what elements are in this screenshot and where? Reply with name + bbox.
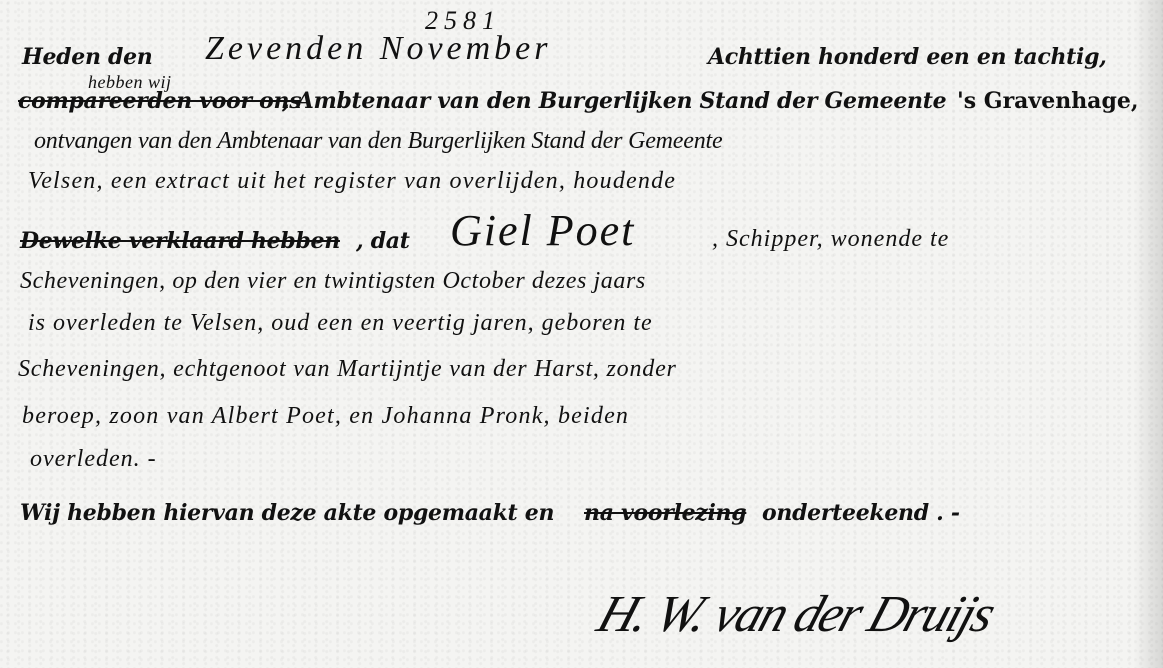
handwritten-line-parents: beroep, zoon van Albert Poet, en Johanna… bbox=[22, 403, 629, 430]
handwritten-line-place-age: is overleden te Velsen, oud een en veert… bbox=[28, 310, 653, 337]
handwritten-line-death-date: Scheveningen, op den vier en twintigsten… bbox=[20, 268, 646, 295]
handwritten-line-velsen-extract: Velsen, een extract uit het register van… bbox=[28, 168, 676, 195]
scanned-document-page: 2581 Heden den Zevenden November Achttie… bbox=[0, 0, 1163, 668]
preprinted-year: Achttien honderd een en tachtig, bbox=[708, 44, 1107, 70]
struck-compareerden-voor-ons: compareerden voor ons bbox=[18, 88, 301, 114]
preprinted-ambtenaar: , Ambtenaar van den Burgerlijken Stand d… bbox=[282, 88, 946, 114]
struck-na-voorlezing: na voorlezing bbox=[584, 500, 746, 526]
struck-dewelke-verklaard: Dewelke verklaard hebben bbox=[20, 228, 340, 254]
handwritten-line-overleden: overleden. - bbox=[30, 446, 157, 473]
handwritten-line-spouse: Scheveningen, echtgenoot van Martijntje … bbox=[18, 356, 677, 383]
preprinted-closing-a: Wij hebben hiervan deze akte opgemaakt e… bbox=[20, 500, 554, 526]
preprinted-heden-den: Heden den bbox=[22, 44, 153, 70]
handwritten-date: Zevenden November bbox=[205, 30, 552, 68]
preprinted-dat: , dat bbox=[356, 228, 410, 254]
deceased-name: Giel Poet bbox=[450, 205, 635, 256]
handwritten-occupation-residence: , Schipper, wonende te bbox=[712, 226, 949, 253]
official-signature: H. W. van der Druijs bbox=[590, 585, 1001, 644]
place-gravenhage: 's Gravenhage, bbox=[957, 88, 1138, 114]
preprinted-closing-b: onderteekend . - bbox=[762, 500, 960, 526]
handwritten-line-ontvangen: ontvangen van den Ambtenaar van den Burg… bbox=[34, 128, 722, 155]
